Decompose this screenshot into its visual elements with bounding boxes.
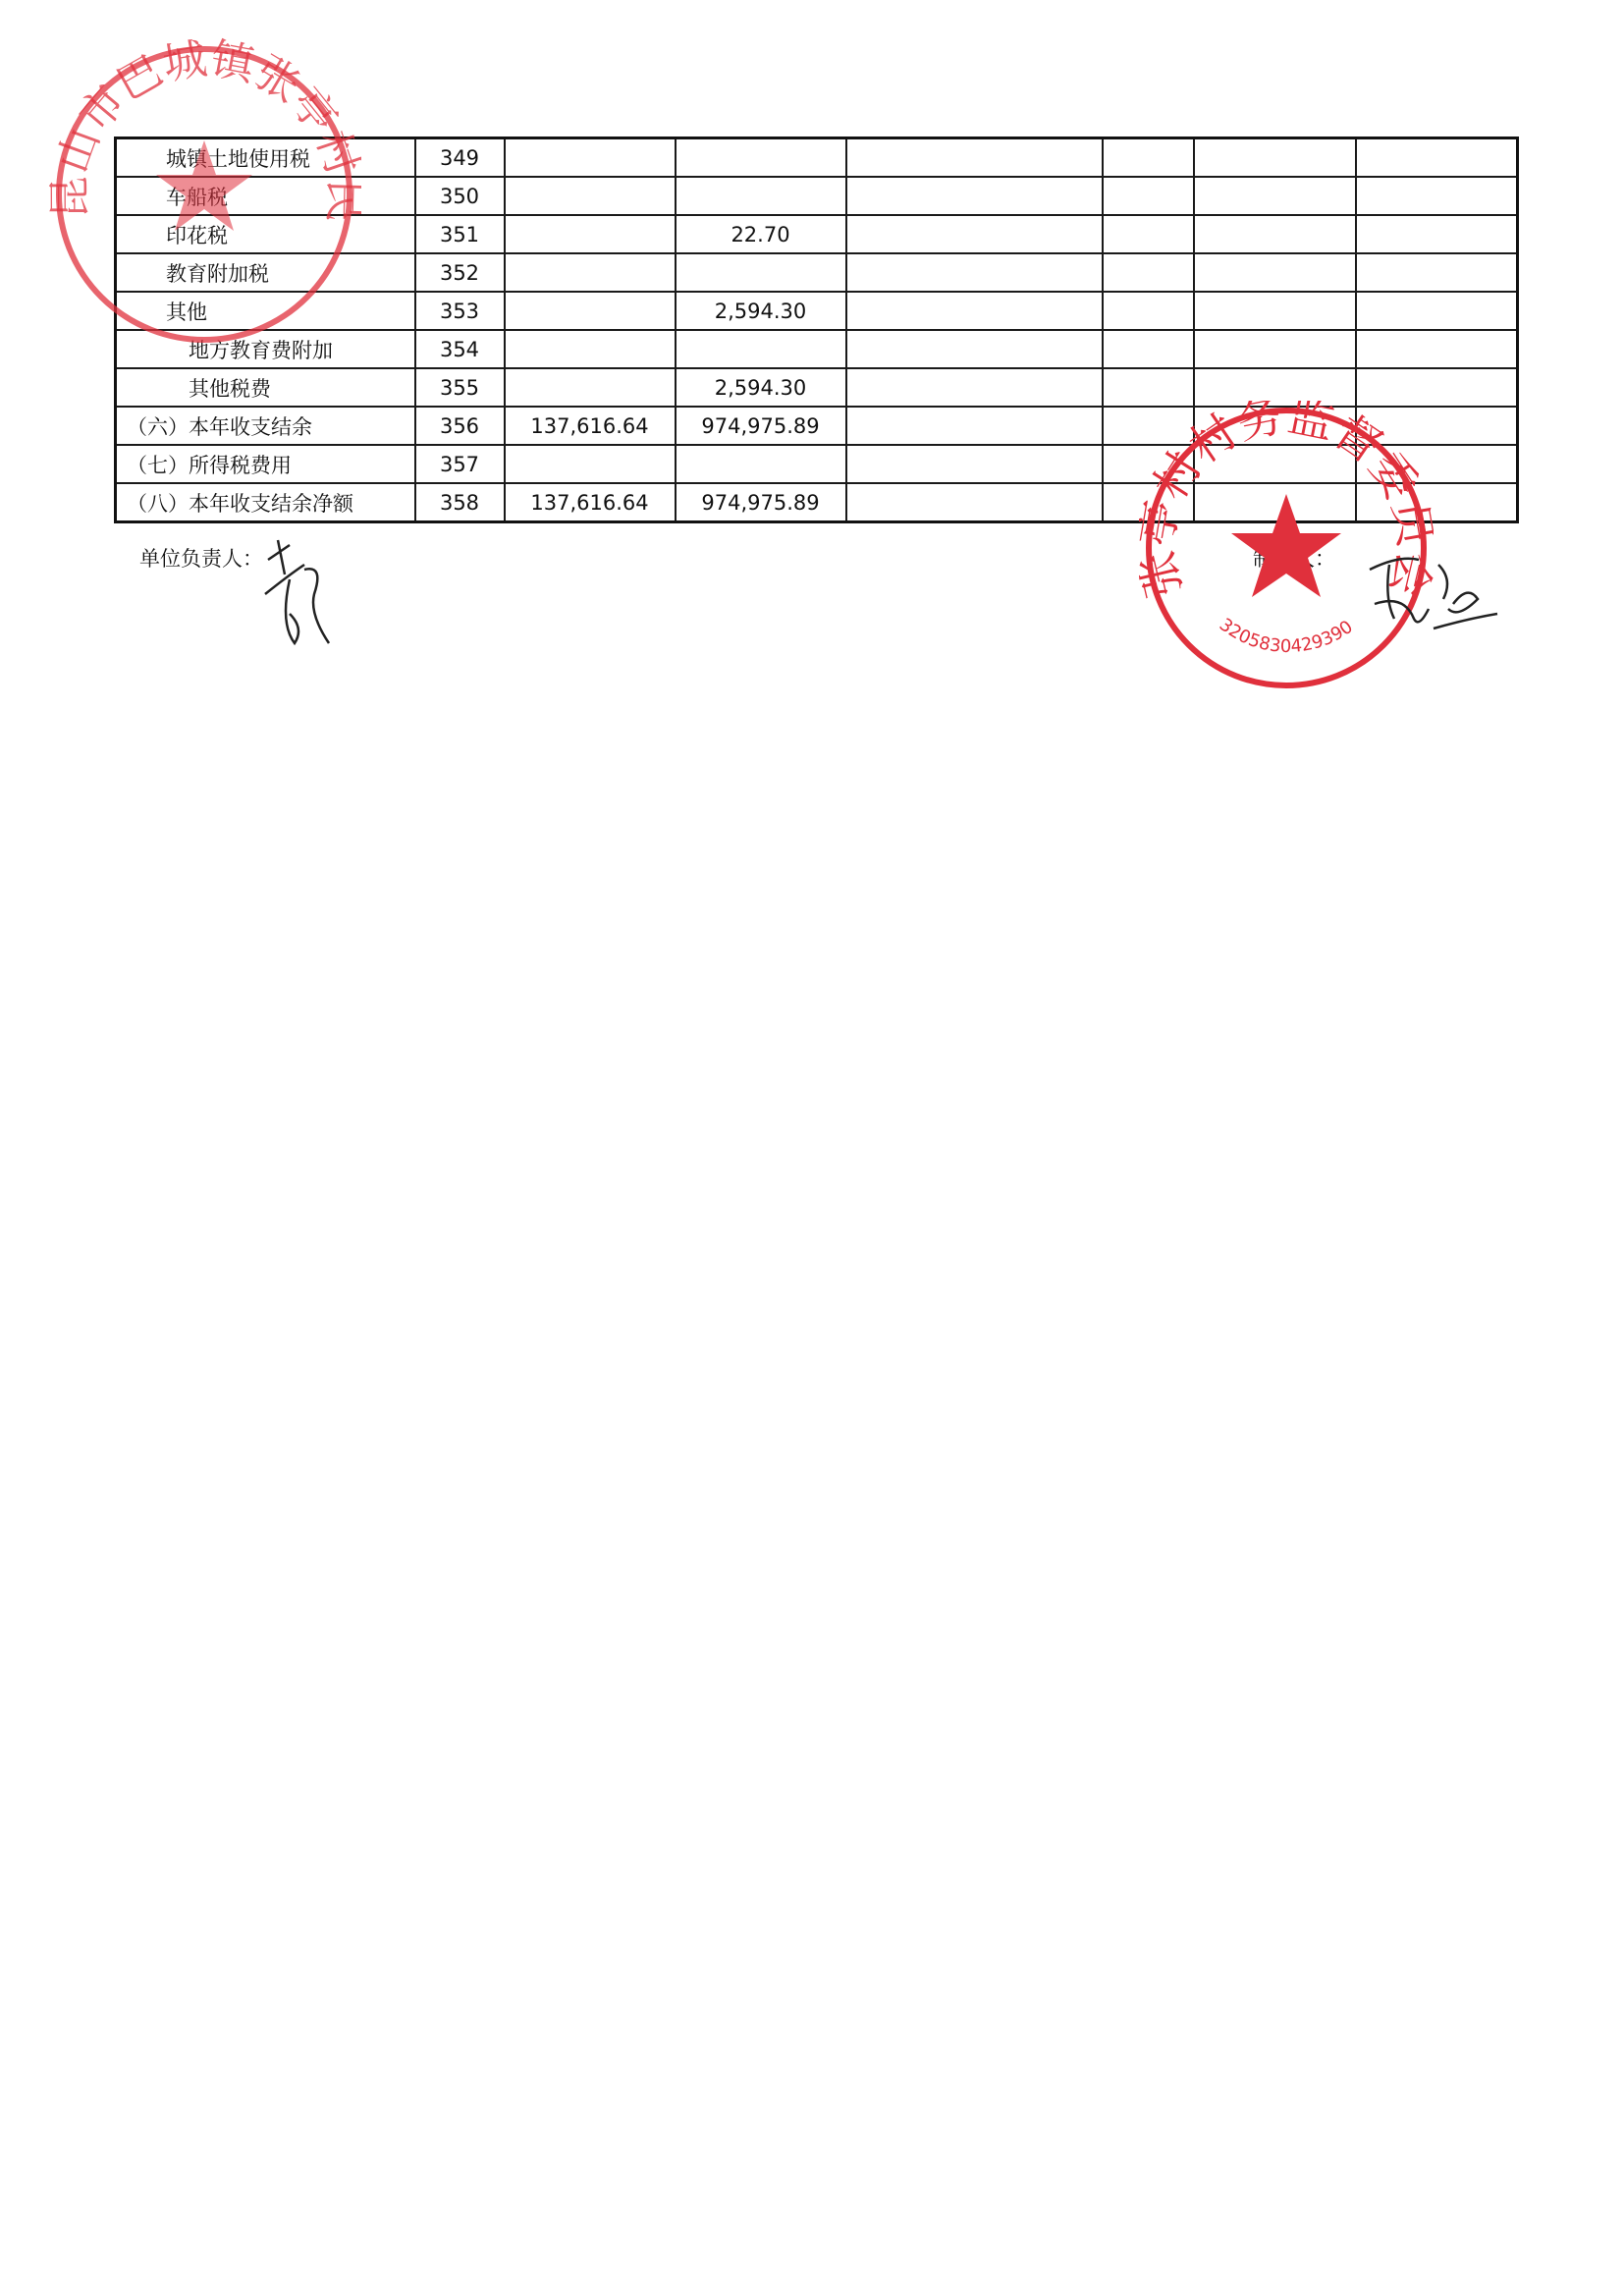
value-col2: 974,975.89 [676, 407, 846, 445]
value-col2 [676, 330, 846, 368]
value-col6 [1356, 407, 1518, 445]
row-label: 地方教育费附加 [116, 330, 415, 368]
value-col2 [676, 177, 846, 215]
row-label: 其他 [116, 292, 415, 330]
svg-text:3205830429390: 3205830429390 [1216, 615, 1357, 657]
row-label: 教育附加税 [116, 253, 415, 292]
row-code: 355 [415, 368, 505, 407]
preparer-signature [1360, 550, 1507, 638]
value-col5 [1194, 292, 1356, 330]
value-col1 [505, 138, 676, 178]
table-row: 其他税费3552,594.30 [116, 368, 1518, 407]
value-col5 [1194, 445, 1356, 483]
value-col6 [1356, 330, 1518, 368]
unit-head-label: 单位负责人： [139, 543, 263, 573]
value-col5 [1194, 368, 1356, 407]
row-code: 357 [415, 445, 505, 483]
value-col4 [1103, 407, 1194, 445]
value-col3 [846, 407, 1103, 445]
value-col4 [1103, 368, 1194, 407]
value-col5 [1194, 215, 1356, 253]
table-row: （八）本年收支结余净额358137,616.64974,975.89 [116, 483, 1518, 522]
table-row: 教育附加税352 [116, 253, 1518, 292]
value-col6 [1356, 368, 1518, 407]
financial-statement-table: 城镇土地使用税349车船税350印花税35122.70教育附加税352其他353… [114, 137, 1519, 523]
value-col3 [846, 138, 1103, 178]
value-col4 [1103, 292, 1194, 330]
value-col1 [505, 445, 676, 483]
row-code: 349 [415, 138, 505, 178]
value-col5 [1194, 138, 1356, 178]
row-label: （六）本年收支结余 [116, 407, 415, 445]
value-col6 [1356, 138, 1518, 178]
value-col3 [846, 368, 1103, 407]
value-col1 [505, 253, 676, 292]
value-col1 [505, 215, 676, 253]
value-col2: 974,975.89 [676, 483, 846, 522]
row-code: 354 [415, 330, 505, 368]
row-label: （八）本年收支结余净额 [116, 483, 415, 522]
value-col4 [1103, 253, 1194, 292]
value-col3 [846, 177, 1103, 215]
value-col3 [846, 292, 1103, 330]
row-code: 358 [415, 483, 505, 522]
value-col6 [1356, 253, 1518, 292]
value-col6 [1356, 445, 1518, 483]
table-row: 地方教育费附加354 [116, 330, 1518, 368]
value-col4 [1103, 483, 1194, 522]
unit-head-signature [250, 535, 358, 663]
value-col2: 2,594.30 [676, 292, 846, 330]
value-col2: 22.70 [676, 215, 846, 253]
value-col3 [846, 445, 1103, 483]
value-col3 [846, 253, 1103, 292]
table-row: 车船税350 [116, 177, 1518, 215]
value-col4 [1103, 138, 1194, 178]
value-col5 [1194, 483, 1356, 522]
value-col5 [1194, 407, 1356, 445]
value-col2 [676, 445, 846, 483]
value-col1: 137,616.64 [505, 483, 676, 522]
value-col4 [1103, 330, 1194, 368]
value-col4 [1103, 445, 1194, 483]
row-label: 车船税 [116, 177, 415, 215]
table-row: （七）所得税费用357 [116, 445, 1518, 483]
value-col6 [1356, 177, 1518, 215]
row-code: 353 [415, 292, 505, 330]
value-col4 [1103, 177, 1194, 215]
right-stamp-number: 3205830429390 [1216, 615, 1357, 657]
value-col5 [1194, 253, 1356, 292]
value-col1 [505, 368, 676, 407]
table-row: 其他3532,594.30 [116, 292, 1518, 330]
value-col2: 2,594.30 [676, 368, 846, 407]
value-col3 [846, 330, 1103, 368]
value-col2 [676, 253, 846, 292]
table-row: （六）本年收支结余356137,616.64974,975.89 [116, 407, 1518, 445]
table-row: 城镇土地使用税349 [116, 138, 1518, 178]
row-code: 351 [415, 215, 505, 253]
value-col6 [1356, 483, 1518, 522]
row-label: 其他税费 [116, 368, 415, 407]
value-col1: 137,616.64 [505, 407, 676, 445]
value-col4 [1103, 215, 1194, 253]
value-col5 [1194, 177, 1356, 215]
value-col6 [1356, 215, 1518, 253]
value-col1 [505, 292, 676, 330]
value-col6 [1356, 292, 1518, 330]
value-col5 [1194, 330, 1356, 368]
preparer-label: 制表人： [1253, 543, 1335, 573]
value-col2 [676, 138, 846, 178]
row-code: 352 [415, 253, 505, 292]
value-col3 [846, 215, 1103, 253]
row-label: （七）所得税费用 [116, 445, 415, 483]
table-row: 印花税35122.70 [116, 215, 1518, 253]
row-label: 城镇土地使用税 [116, 138, 415, 178]
value-col1 [505, 330, 676, 368]
row-code: 350 [415, 177, 505, 215]
value-col3 [846, 483, 1103, 522]
row-code: 356 [415, 407, 505, 445]
value-col1 [505, 177, 676, 215]
row-label: 印花税 [116, 215, 415, 253]
